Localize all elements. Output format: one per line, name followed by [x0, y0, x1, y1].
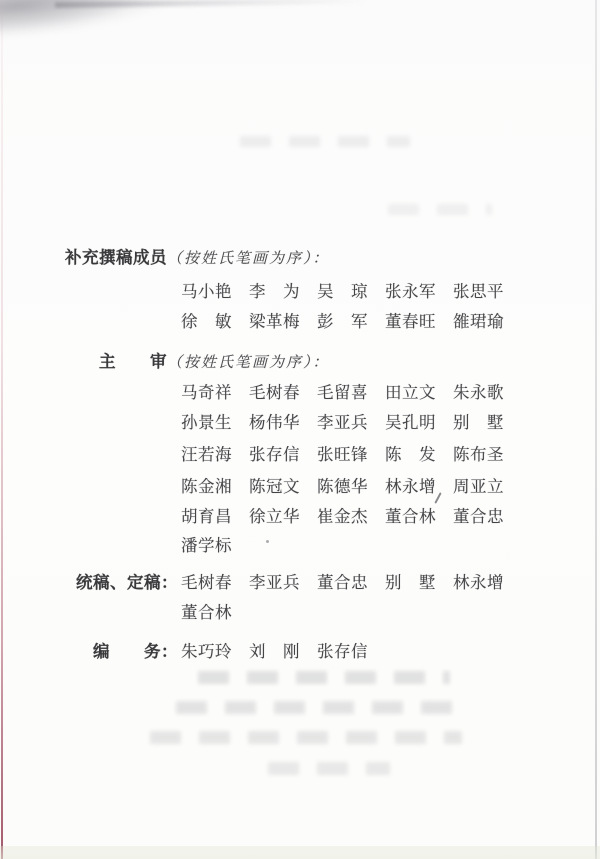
names-row: 董合林	[181, 602, 232, 624]
member-name: 孙景生	[181, 412, 232, 434]
member-name: 田立文	[385, 382, 436, 404]
section-editorial-affairs: 编 务：朱巧玲刘 刚张存信	[0, 641, 368, 663]
member-name: 潘学标	[181, 535, 232, 557]
member-name: 李亚兵	[249, 572, 300, 594]
member-name: 张旺锋	[317, 444, 368, 466]
member-name: 徐立华	[249, 506, 300, 528]
ink-dot	[266, 540, 269, 543]
member-name: 毛留喜	[317, 382, 368, 404]
section-header-chief-reviewers: 主 审（按姓氏笔画为序）：	[0, 351, 330, 373]
member-name: 董合林	[385, 506, 436, 528]
member-name: 毛树春	[249, 382, 300, 404]
member-name: 董合忠	[453, 506, 504, 528]
bleedthrough-artifact	[388, 204, 492, 215]
member-name: 李亚兵	[317, 412, 368, 434]
names-row: 汪若海 张存信 张旺锋 陈 发 陈布圣	[181, 444, 504, 466]
names-row: 徐 敏 梁革梅 彭 军 董春旺 雒珺瑜	[181, 311, 504, 333]
section-compilation-finalization: 统稿、定稿：毛树春李亚兵董合忠别 墅林永增	[0, 572, 504, 594]
member-name: 陈德华	[317, 476, 368, 498]
member-name: 李 为	[249, 281, 300, 303]
section-note: （按姓氏笔画为序）：	[167, 355, 330, 371]
member-name: 朱永歌	[453, 382, 504, 404]
member-name: 胡育昌	[181, 506, 232, 528]
member-name: 陈布圣	[453, 444, 504, 466]
member-name: 张存信	[317, 641, 368, 663]
names-row: 马奇祥 毛树春 毛留喜 田立文 朱永歌	[181, 382, 504, 404]
page-edge-left	[1, 0, 3, 859]
section-header-supplementary-authors: 补充撰稿成员（按姓氏笔画为序）：	[0, 247, 330, 269]
member-name: 马小艳	[181, 281, 232, 303]
bleedthrough-artifact	[268, 762, 390, 775]
member-name: 毛树春	[181, 572, 232, 594]
member-name: 陈冠文	[249, 476, 300, 498]
names-row: 朱巧玲刘 刚张存信	[181, 641, 368, 663]
member-name: 张思平	[453, 281, 504, 303]
member-name: 汪若海	[181, 444, 232, 466]
bottom-scan-band	[0, 846, 600, 859]
member-name: 杨伟华	[249, 412, 300, 434]
member-name: 彭 军	[317, 311, 368, 333]
member-name: 林永增	[385, 476, 436, 498]
names-row: 潘学标	[181, 535, 232, 557]
member-name: 别 墅	[453, 412, 504, 434]
member-name: 马奇祥	[181, 382, 232, 404]
bleedthrough-artifact	[150, 731, 462, 744]
bleedthrough-artifact	[176, 701, 460, 714]
section-label: 补充撰稿成员	[0, 247, 167, 269]
section-label: 编 务：	[0, 641, 178, 663]
names-row: 胡育昌 徐立华 崔金杰 董合林 董合忠	[181, 506, 504, 528]
names-row: 马小艳 李 为 吴 琼 张永军 张思平	[181, 281, 504, 303]
member-name: 梁革梅	[249, 311, 300, 333]
names-row: 孙景生 杨伟华 李亚兵 吴孔明 别 墅	[181, 412, 504, 434]
member-name: 张永军	[385, 281, 436, 303]
names-row: 毛树春李亚兵董合忠别 墅林永增	[181, 572, 504, 594]
member-name: 陈金湘	[181, 476, 232, 498]
member-name: 朱巧玲	[181, 641, 232, 663]
member-name: 崔金杰	[317, 506, 368, 528]
scan-streak-top	[55, 0, 385, 8]
member-name: 别 墅	[385, 572, 436, 594]
member-name: 林永增	[453, 572, 504, 594]
member-name: 陈 发	[385, 444, 436, 466]
member-name: 吴孔明	[385, 412, 436, 434]
bleedthrough-artifact	[240, 136, 410, 147]
section-label: 主 审	[0, 351, 167, 373]
member-name: 董合忠	[317, 572, 368, 594]
section-note: （按姓氏笔画为序）：	[167, 251, 330, 267]
bleedthrough-artifact	[198, 671, 450, 684]
names-row: 陈金湘 陈冠文 陈德华 林永增 周亚立	[181, 476, 504, 498]
member-name: 张存信	[249, 444, 300, 466]
member-name: 徐 敏	[181, 311, 232, 333]
member-name: 董春旺	[385, 311, 436, 333]
member-name: 雒珺瑜	[453, 311, 504, 333]
scanned-credits-page: 补充撰稿成员（按姓氏笔画为序）： 马小艳 李 为 吴 琼 张永军 张思平 徐 敏…	[0, 0, 600, 859]
page-edge-right	[595, 0, 597, 859]
member-name: 董合林	[181, 602, 232, 624]
member-name: 周亚立	[453, 476, 504, 498]
section-label: 统稿、定稿：	[0, 572, 178, 594]
member-name: 吴 琼	[317, 281, 368, 303]
member-name: 刘 刚	[249, 641, 300, 663]
